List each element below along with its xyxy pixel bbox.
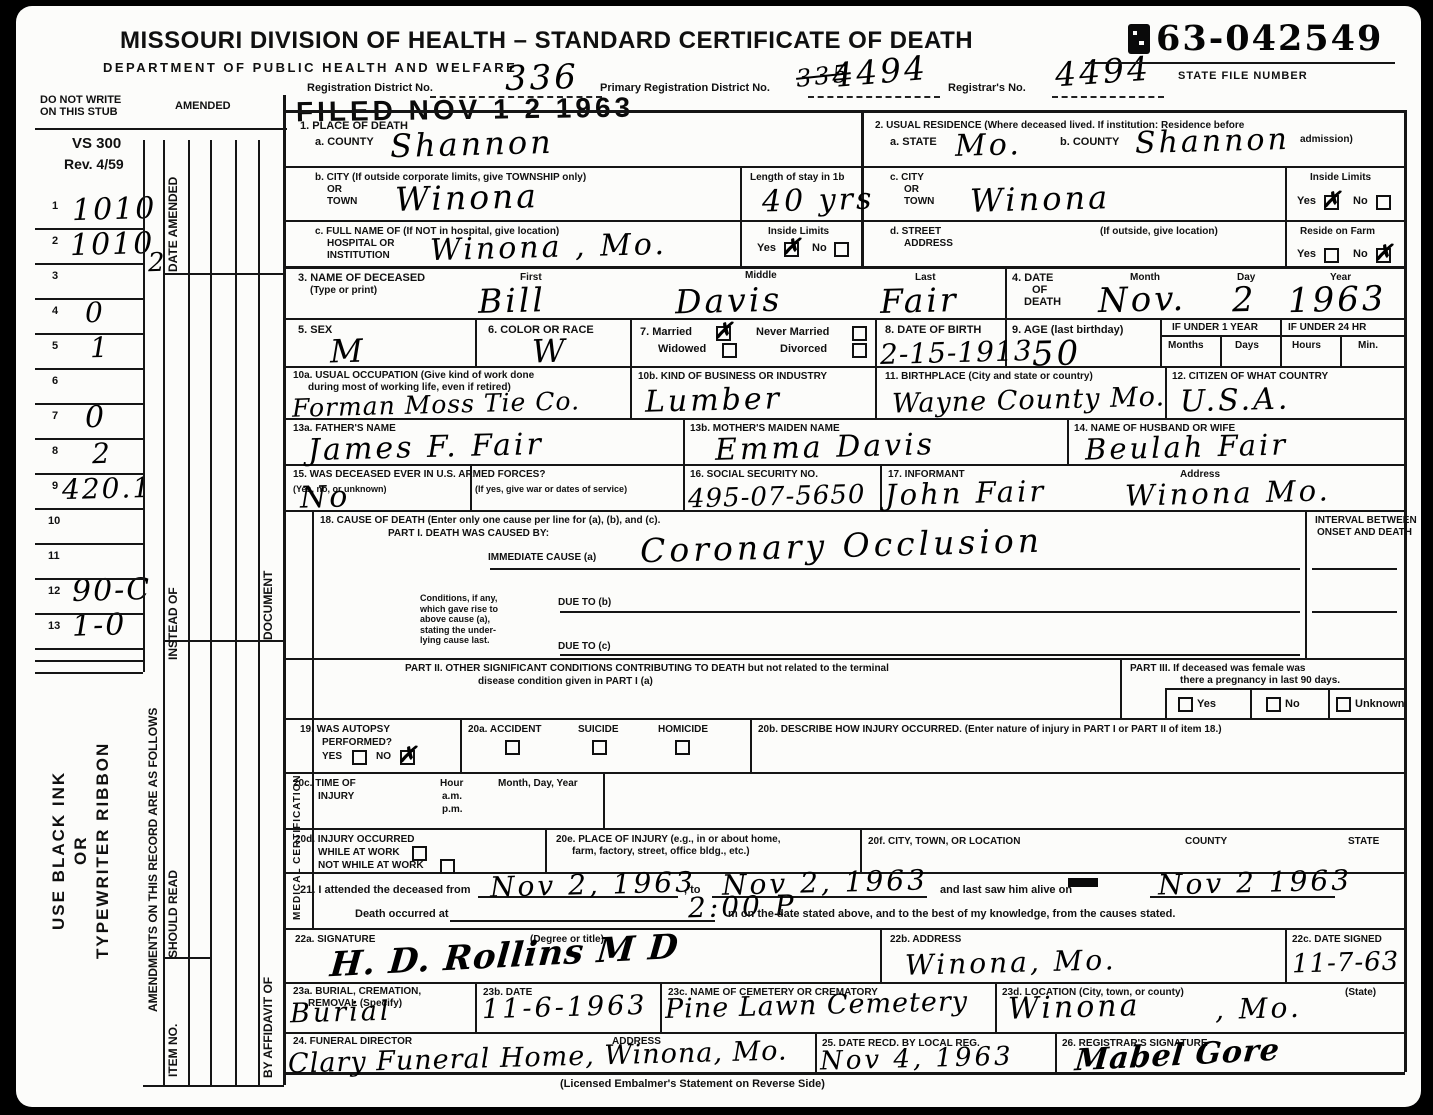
homicide-label: HOMICIDE (658, 724, 708, 736)
accident-checkbox (505, 740, 520, 755)
certificate-scan: MISSOURI DIVISION OF HEALTH – STANDARD C… (0, 0, 1433, 1115)
suicide-checkbox (592, 740, 607, 755)
while-at-work-label: WHILE AT WORK (318, 847, 400, 859)
rule (285, 110, 1405, 113)
residence-city-value: Winona (970, 178, 1111, 220)
rule (285, 658, 1405, 660)
item-no-label: ITEM NO. (166, 985, 180, 1077)
form-code: VS 300 (72, 138, 121, 150)
rule (1340, 335, 1342, 366)
rule (35, 368, 143, 370)
rule (1250, 688, 1252, 718)
rule (285, 220, 1405, 222)
rule (143, 1085, 284, 1087)
rule (1085, 62, 1395, 64)
interval-label-1: INTERVAL BETWEEN (1315, 515, 1417, 527)
injury-city-label: 20f. CITY, TOWN, OR LOCATION (868, 836, 1020, 848)
death-occurred-label: Death occurred at (355, 908, 449, 920)
primary-district-value: 4494 (830, 48, 929, 95)
rule (210, 140, 212, 1085)
autopsy-no-label: NO (376, 751, 391, 763)
burial-value: Burial (290, 996, 392, 1030)
married-checkbox: ✗ (716, 326, 731, 341)
date-of-birth-label: 8. DATE OF BIRTH (885, 324, 981, 336)
rule (1055, 1032, 1057, 1072)
ink-blot (1068, 878, 1098, 887)
if-under-1-year-header: IF UNDER 1 YEAR (1172, 322, 1258, 334)
residence-city-label: c. CITY (890, 172, 924, 184)
county-label: a. COUNTY (315, 136, 374, 148)
due-to-c-label: DUE TO (c) (558, 641, 611, 653)
stub-row-number: 5 (52, 340, 58, 352)
describe-injury-label: 20b. DESCRIBE HOW INJURY OCCURRED. (Ente… (758, 724, 1222, 736)
rule (285, 828, 1405, 830)
hours-header: Hours (1292, 340, 1321, 352)
rule (1312, 568, 1397, 570)
usual-residence-title-2: admission) (1300, 134, 1353, 146)
rule (1165, 688, 1167, 718)
first-name-value: Bill (478, 280, 547, 321)
pm-label: p.m. (442, 804, 463, 816)
rule (450, 920, 715, 922)
state-file-number-label: STATE FILE NUMBER (1178, 70, 1308, 82)
rule (35, 613, 143, 615)
stamp-icon (1128, 24, 1150, 54)
name-of-deceased-label: 3. NAME OF DECEASED (298, 272, 425, 284)
address-value-22b: Winona, Mo. (905, 943, 1117, 982)
date-of-birth-value: 2-15-1913 (880, 334, 1033, 371)
part2-label-1: PART II. OTHER SIGNIFICANT CONDITIONS CO… (405, 663, 889, 675)
rule (880, 928, 882, 982)
rule (1280, 318, 1282, 366)
residence-or-label: OR (904, 184, 919, 196)
rule (808, 96, 940, 98)
widowed-checkbox (722, 343, 737, 358)
rule (35, 228, 143, 230)
rule (660, 982, 662, 1032)
rule (163, 140, 165, 1085)
rule (35, 578, 143, 580)
injury-county-header: COUNTY (1185, 836, 1227, 848)
stub-row-number: 3 (52, 270, 58, 282)
amendments-label: AMENDMENTS ON THIS RECORD ARE AS FOLLOWS (146, 400, 160, 1012)
date-of-death-label-1: 4. DATE (1012, 272, 1053, 284)
business-industry-label: 10b. KIND OF BUSINESS OR INDUSTRY (638, 371, 827, 383)
hospital-value: Winona , Mo. (430, 227, 668, 268)
not-while-at-work-label: NOT WHILE AT WORK (318, 860, 424, 872)
registrar-no-value: 4494 (1054, 49, 1152, 95)
death-occurred-post-label: m on the date stated above, and to the b… (728, 908, 1175, 920)
rule (630, 318, 632, 366)
sex-value: M (330, 332, 367, 371)
rule (35, 438, 143, 440)
citizen-value: U.S.A. (1180, 382, 1291, 420)
stub-row-number: 1 (52, 200, 58, 212)
embalmer-note: (Licensed Embalmer's Statement on Revers… (560, 1078, 825, 1090)
rule (35, 333, 143, 335)
rule (560, 654, 1300, 656)
husband-wife-value: Beulah Fair (1085, 427, 1289, 466)
pregnancy-unknown-label: Unknown (1355, 698, 1405, 710)
time-of-injury-label-2: INJURY (318, 791, 354, 803)
part3-label-2: there a pregnancy in last 90 days. (1180, 675, 1340, 687)
if-under-24-hr-header: IF UNDER 24 HR (1288, 322, 1366, 334)
death-day-value: 2 (1231, 280, 1257, 321)
hospital-label-3: INSTITUTION (327, 250, 390, 262)
rule (460, 718, 462, 772)
rule (285, 366, 1405, 368)
part2-label-2: disease condition given in PART I (a) (478, 676, 653, 688)
while-at-work-checkbox (412, 846, 427, 861)
immediate-cause-label: IMMEDIATE CAUSE (a) (488, 552, 596, 564)
hospital-label-2: HOSPITAL OR (327, 238, 394, 250)
fathers-name-value: James F. Fair (308, 427, 545, 468)
never-married-label: Never Married (756, 326, 829, 338)
rule (35, 543, 143, 545)
rule (143, 140, 145, 672)
state-file-number: 63-042549 (1156, 18, 1383, 59)
inside-limits-label-2c: Inside Limits (1310, 172, 1371, 184)
rule (875, 366, 877, 418)
date-signed-label: 22c. DATE SIGNED (1292, 934, 1382, 946)
rule (815, 1032, 817, 1072)
location-state-value: , Mo. (1215, 991, 1303, 1026)
rule (285, 166, 1405, 168)
inside-limits-yes-label: Yes (757, 242, 776, 254)
mothers-maiden-name-value: Emma Davis (715, 427, 936, 468)
homicide-checkbox (675, 740, 690, 755)
stub-row-value: 0 (85, 296, 106, 330)
rule (188, 140, 190, 1085)
reside-on-farm-label: Reside on Farm (1300, 226, 1375, 238)
armed-forces-value: No (300, 479, 351, 515)
rule (630, 366, 632, 418)
residence-limits-yes-checkbox: ✗ (1324, 195, 1339, 210)
document-label: DOCUMENT (261, 500, 275, 640)
stub-row-number: 8 (52, 445, 58, 457)
rule (1312, 611, 1397, 613)
stub-row-number: 11 (48, 550, 60, 562)
attended-pre-label: 21. I attended the deceased from (300, 884, 471, 896)
stub-row-number: 7 (52, 410, 58, 422)
residence-limits-yes-label: Yes (1297, 195, 1316, 207)
inside-limits-no-label: No (812, 242, 827, 254)
month-day-year-label: Month, Day, Year (498, 778, 578, 790)
rule (1328, 688, 1330, 718)
citizen-label: 12. CITIZEN OF WHAT COUNTRY (1172, 371, 1328, 383)
pregnancy-yes-label: Yes (1197, 698, 1216, 710)
residence-limits-no-checkbox (1376, 195, 1391, 210)
part3-label-1: PART III. If deceased was female was (1130, 663, 1305, 675)
state-label: a. STATE (890, 136, 937, 148)
rule (1285, 928, 1287, 982)
autopsy-yes-checkbox (352, 750, 367, 765)
rule (285, 510, 1405, 512)
by-affidavit-label: BY AFFIDAVIT OF (261, 928, 275, 1078)
place-of-injury-label-1: 20e. PLACE OF INJURY (e.g., in or about … (556, 834, 780, 846)
rule (312, 510, 314, 928)
street-label: d. STREET (890, 226, 941, 238)
part1-label: PART I. DEATH WAS CAUSED BY: (388, 528, 549, 540)
rule (235, 140, 237, 1085)
rule (258, 140, 260, 1085)
should-read-label: SHOULD READ (166, 840, 180, 958)
rule (35, 473, 143, 475)
never-married-checkbox (852, 326, 867, 341)
street-note: (If outside, give location) (1100, 226, 1218, 238)
rule (545, 828, 547, 872)
rule (285, 718, 1405, 720)
stub-row-value: 0 (85, 400, 107, 436)
stub-row-number: 10 (48, 515, 60, 527)
street-label-2: ADDRESS (904, 238, 953, 250)
rule (1220, 335, 1222, 366)
residence-county-label: b. COUNTY (1060, 136, 1119, 148)
not-while-at-work-checkbox (440, 859, 455, 874)
age-value: 50 (1031, 333, 1081, 374)
stub-row-number: 4 (52, 305, 58, 317)
city-or-label: OR (327, 184, 342, 196)
pregnancy-unknown-checkbox (1336, 697, 1351, 712)
location-value: Winona (1008, 988, 1141, 1026)
informant-address-value: Winona Mo. (1125, 473, 1332, 512)
rule (683, 418, 685, 510)
certificate-title: MISSOURI DIVISION OF HEALTH – STANDARD C… (120, 28, 970, 54)
death-year-value: 1963 (1287, 279, 1387, 322)
residence-town-label: TOWN (904, 196, 934, 208)
type-or-print-note: (Type or print) (310, 285, 377, 297)
rule (35, 128, 287, 130)
social-security-value: 495-07-5650 (688, 480, 866, 515)
rule (750, 718, 752, 772)
instead-of-label: INSTEAD OF (166, 492, 180, 660)
rule (35, 403, 143, 405)
county-value: Shannon (390, 123, 555, 165)
attended-from-value: Nov 2, 1963 (490, 865, 697, 903)
rule (475, 982, 477, 1032)
due-to-b-label: DUE TO (b) (558, 597, 611, 609)
informant-value: John Fair (885, 474, 1047, 512)
inside-limits-no-checkbox (834, 242, 849, 257)
divorced-checkbox (852, 343, 867, 358)
rule (1305, 510, 1307, 658)
death-month-value: Nov. (1097, 279, 1186, 321)
length-of-stay-value: 40 yrs (762, 182, 875, 220)
rule (1160, 318, 1162, 366)
rule (560, 611, 1300, 613)
min-header: Min. (1358, 340, 1378, 352)
registrar-no-label: Registrar's No. (948, 82, 1026, 94)
form-revision: Rev. 4/59 (64, 158, 124, 170)
rule (1120, 658, 1122, 718)
address-label-22b: 22b. ADDRESS (890, 934, 961, 946)
injury-state-header: STATE (1348, 836, 1379, 848)
date-signed-value: 11-7-63 (1292, 947, 1400, 980)
color-race-value: W (532, 332, 569, 371)
residence-county-value: Shannon (1135, 122, 1291, 161)
farm-yes-label: Yes (1297, 248, 1316, 260)
social-security-label: 16. SOCIAL SECURITY NO. (690, 469, 818, 481)
rule (283, 95, 286, 1085)
middle-name-value: Davis (675, 280, 783, 322)
farm-no-checkbox: ✗ (1376, 248, 1391, 263)
am-label: a.m. (442, 791, 462, 803)
inside-limits-yes-checkbox: ✗ (784, 242, 799, 257)
business-industry-value: Lumber (645, 381, 783, 420)
pregnancy-no-checkbox (1266, 697, 1281, 712)
armed-forces-sub2: (If yes, give war or dates of service) (475, 484, 627, 495)
place-of-injury-label-2: farm, factory, street, office bldg., etc… (572, 846, 750, 858)
autopsy-no-checkbox: ✗ (400, 750, 415, 765)
days-header: Days (1235, 340, 1259, 352)
city-town-label: TOWN (327, 196, 357, 208)
medical-certification-label: MEDICAL CERTIFICATION (292, 588, 303, 920)
stub-row-value: 1 (90, 331, 111, 365)
pregnancy-yes-checkbox (1178, 697, 1193, 712)
autopsy-yes-label: YES (322, 751, 342, 763)
department-subtitle: DEPARTMENT OF PUBLIC HEALTH AND WELFARE (103, 62, 517, 74)
months-header: Months (1168, 340, 1204, 352)
date-received-value: Nov 4, 1963 (820, 1041, 1014, 1076)
rule (603, 772, 605, 828)
suicide-label: SUICIDE (578, 724, 619, 736)
occupation-label: 10a. USUAL OCCUPATION (Give kind of work… (293, 371, 534, 382)
rule (285, 982, 1405, 984)
rule (163, 273, 283, 275)
rule (1067, 418, 1069, 464)
rule (35, 263, 143, 265)
rule (995, 982, 997, 1032)
use-black-ink-note: USE BLACK INK OR TYPEWRITER RIBBON (48, 640, 114, 1060)
location-state-note: (State) (1345, 987, 1376, 999)
rule (1285, 166, 1287, 266)
injury-occurred-label: 20d. INJURY OCCURRED (295, 834, 414, 846)
state-value: Mo. (955, 127, 1023, 164)
divorced-label: Divorced (780, 343, 827, 355)
rule (740, 166, 742, 266)
registration-district-label: Registration District No. (307, 82, 433, 94)
rule (163, 640, 283, 642)
residence-limits-no-label: No (1353, 195, 1368, 207)
rule (285, 1032, 1405, 1034)
rule (1165, 688, 1405, 690)
interval-label-2: ONSET AND DEATH (1317, 527, 1412, 539)
widowed-label: Widowed (658, 343, 706, 355)
sex-label: 5. SEX (298, 324, 332, 336)
autopsy-label-2: PERFORMED? (322, 737, 392, 749)
rule (1160, 335, 1405, 337)
date-of-death-label-2: OF (1032, 284, 1047, 296)
do-not-write-label: DO NOT WRITE ON THIS STUB (40, 94, 121, 118)
farm-no-label: No (1353, 248, 1368, 260)
date-of-death-label-3: DEATH (1024, 296, 1061, 308)
rule (285, 772, 1405, 774)
rule (490, 568, 1300, 570)
last-name-value: Fair (880, 280, 960, 321)
rule (35, 508, 143, 510)
rule (880, 464, 882, 510)
stub-row-number: 2 (52, 235, 58, 247)
stub-row-value: 2 (92, 437, 113, 471)
amended-label: AMENDED (175, 100, 231, 112)
date-amended-label: DATE AMENDED (166, 142, 180, 272)
hour-label: Hour (440, 778, 463, 790)
farm-yes-checkbox (1324, 248, 1339, 263)
rule (285, 928, 1405, 930)
married-label: 7. Married (640, 326, 692, 338)
last-saw-label: and last saw him alive on (940, 884, 1072, 896)
birthplace-label: 11. BIRTHPLACE (City and state or countr… (885, 371, 1093, 383)
rule (875, 318, 877, 366)
time-of-injury-label-1: 20c. TIME OF (293, 778, 356, 790)
stub-row-number: 12 (48, 585, 60, 597)
stub-row-number: 6 (52, 375, 58, 387)
stub-row-number: 9 (52, 480, 58, 492)
stub-row-number: 13 (48, 620, 60, 632)
rule (475, 318, 477, 366)
conditions-note: Conditions, if any, which gave rise to a… (420, 593, 498, 646)
accident-label: 20a. ACCIDENT (468, 724, 542, 736)
pregnancy-no-label: No (1285, 698, 1300, 710)
rule (1052, 96, 1164, 98)
stub-row-value: 420.1 (62, 471, 153, 506)
city-value: Winona (395, 176, 540, 219)
rule (35, 298, 143, 300)
burial-date-value: 11-6-1963 (482, 990, 648, 1025)
last-alive-value: Nov 2 1963 (1158, 863, 1353, 901)
autopsy-label-1: 19. WAS AUTOPSY (300, 724, 390, 736)
cause-of-death-label: 18. CAUSE OF DEATH (Enter only one cause… (320, 515, 660, 527)
